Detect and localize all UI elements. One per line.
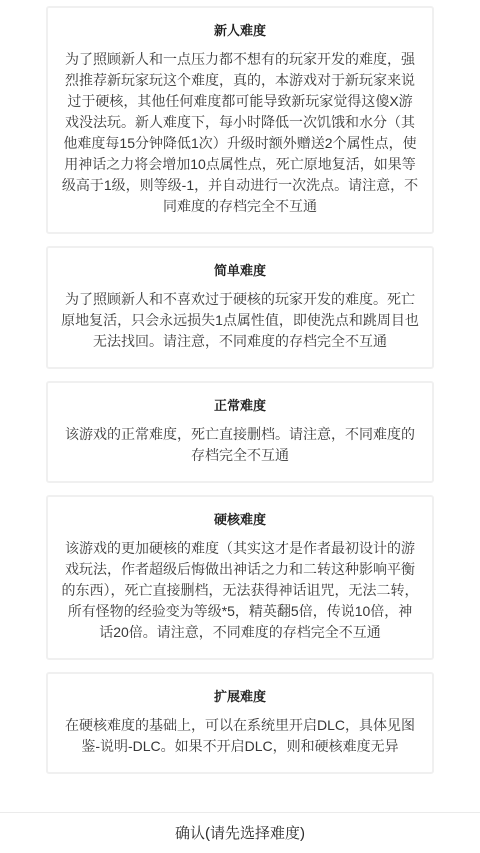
difficulty-card-description: 该游戏的更加硬核的难度（其实这才是作者最初设计的游戏玩法，作者超级后悔做出神话之…	[61, 538, 419, 643]
difficulty-card-title: 新人难度	[61, 21, 419, 41]
difficulty-card-description: 在硬核难度的基础上，可以在系统里开启DLC，具体见图鉴-说明-DLC。如果不开启…	[61, 715, 419, 757]
difficulty-select-screen: 新人难度 为了照顾新人和一点压力都不想有的玩家开发的难度，强烈推荐新玩家玩这个难…	[0, 0, 480, 853]
difficulty-card-easy[interactable]: 简单难度 为了照顾新人和不喜欢过于硬核的玩家开发的难度。死亡原地复活，只会永远损…	[46, 246, 434, 369]
difficulty-card-newbie[interactable]: 新人难度 为了照顾新人和一点压力都不想有的玩家开发的难度，强烈推荐新玩家玩这个难…	[46, 6, 434, 234]
difficulty-card-title: 硬核难度	[61, 510, 419, 530]
confirm-button[interactable]: 确认(请先选择难度)	[0, 812, 480, 853]
difficulty-card-expansion[interactable]: 扩展难度 在硬核难度的基础上，可以在系统里开启DLC，具体见图鉴-说明-DLC。…	[46, 672, 434, 774]
difficulty-card-list: 新人难度 为了照顾新人和一点压力都不想有的玩家开发的难度，强烈推荐新玩家玩这个难…	[46, 0, 434, 774]
difficulty-card-hardcore[interactable]: 硬核难度 该游戏的更加硬核的难度（其实这才是作者最初设计的游戏玩法，作者超级后悔…	[46, 495, 434, 660]
difficulty-card-title: 正常难度	[61, 396, 419, 416]
difficulty-card-description: 为了照顾新人和不喜欢过于硬核的玩家开发的难度。死亡原地复活，只会永远损失1点属性…	[61, 289, 419, 352]
difficulty-card-title: 简单难度	[61, 261, 419, 281]
difficulty-card-title: 扩展难度	[61, 687, 419, 707]
difficulty-card-description: 为了照顾新人和一点压力都不想有的玩家开发的难度，强烈推荐新玩家玩这个难度，真的，…	[61, 49, 419, 217]
confirm-button-label: 确认(请先选择难度)	[175, 826, 305, 841]
difficulty-card-normal[interactable]: 正常难度 该游戏的正常难度，死亡直接删档。请注意，不同难度的存档完全不互通	[46, 381, 434, 483]
difficulty-card-description: 该游戏的正常难度，死亡直接删档。请注意，不同难度的存档完全不互通	[61, 424, 419, 466]
